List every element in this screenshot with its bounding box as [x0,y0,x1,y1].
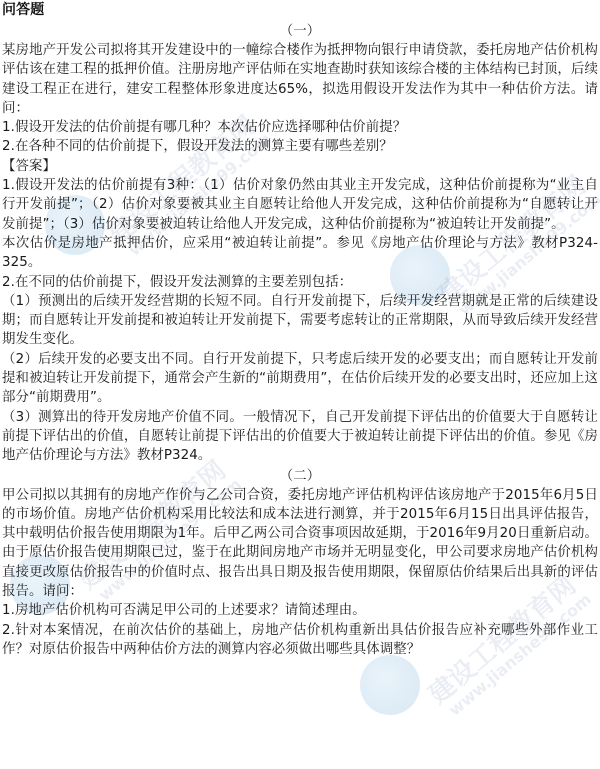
question-2-1: 1.房地产估价机构可否满足甲公司的上述要求？请简述理由。 [2,601,598,620]
answer-1-2: 2.在不同的估价前提下，假设开发法测算的主要差别包括： [2,273,598,292]
section-2: （二） 甲公司拟以其拥有的房地产作价与乙公司合资，委托房地产评估机构评估该房地产… [2,467,598,660]
section-1-intro: 某房地产开发公司拟将其开发建设中的一幢综合楼作为抵押物向银行申请贷款，委托房地产… [2,41,598,118]
section-2-title: （二） [2,467,598,486]
section-1: （一） 某房地产开发公司拟将其开发建设中的一幢综合楼作为抵押物向银行申请贷款，委… [2,22,598,466]
question-2-2: 2.针对本案情况，在前次估价的基础上，房地产估价机构重新出具估价报告应补充哪些外… [2,621,598,660]
answer-1-1-conclusion: 本次估价是房地产抵押估价，应采用“被迫转让前提”。参见《房地产估价理论与方法》教… [2,234,598,273]
document-body: 问答题 （一） 某房地产开发公司拟将其开发建设中的一幢综合楼作为抵押物向银行申请… [2,0,598,659]
question-1-2: 2.在各种不同的估价前提下，假设开发法的测算主要有哪些差别？ [2,137,598,156]
section-1-title: （一） [2,22,598,41]
answer-1-2-item-1: （1）预测出的后续开发经营期的长短不同。自行开发前提下，后续开发经营期就是正常的… [2,292,598,350]
question-1-1: 1.假设开发法的估价前提有哪几种？本次估价应选择哪种估价前提？ [2,118,598,137]
answer-label: 【答案】 [2,157,598,176]
answer-1-2-item-2: （2）后续开发的必要支出不同。自行开发前提下，只考虑后续开发的必要支出；而自愿转… [2,350,598,408]
answer-1-1: 1.假设开发法的估价前提有3种：（1）估价对象仍然由其业主开发完成，这种估价前提… [2,176,598,234]
answer-1-2-item-3: （3）测算出的待开发房地产价值不同。一般情况下，自己开发前提下评估出的价值要大于… [2,408,598,466]
watermark-logo-icon [360,655,420,715]
page-heading: 问答题 [2,1,598,20]
section-2-intro: 甲公司拟以其拥有的房地产作价与乙公司合资，委托房地产评估机构评估该房地产于201… [2,486,598,602]
